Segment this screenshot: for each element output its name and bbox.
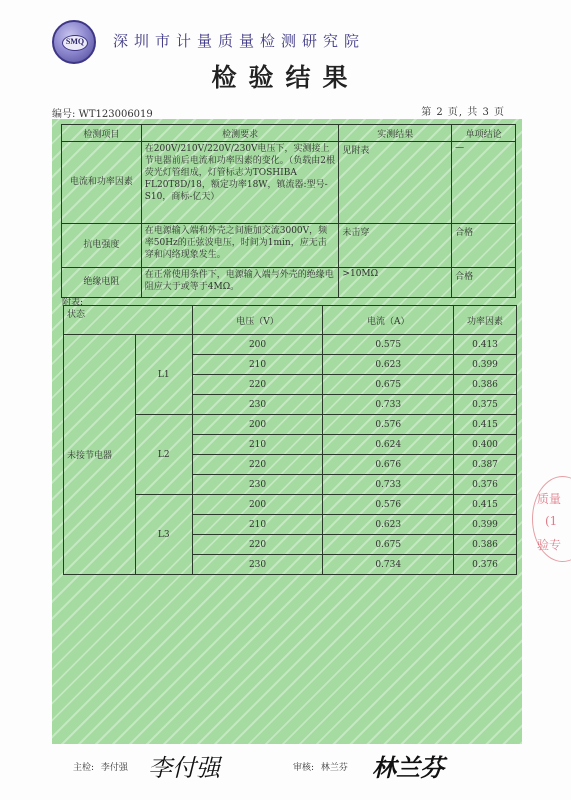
voltage-cell: 220 [192,455,323,475]
pf-cell: 0.399 [454,515,517,535]
group-name-cell: L2 [135,415,192,495]
table-row: 电流和功率因素 在200V/210V/220V/230V电压下，实测接上节电器前… [62,142,516,224]
reviewer-label: 审核: [293,763,314,773]
pf-cell: 0.375 [454,395,517,415]
results-header-row: 检测项目 检测要求 实测结果 单项结论 [62,125,516,142]
test-requirement: 在200V/210V/220V/230V电压下，实测接上节电器前后电流和功率因素… [141,142,339,224]
header-cell: 电压（V） [192,306,323,335]
voltage-cell: 200 [192,495,323,515]
logo-badge: SMQ [62,35,88,51]
pf-cell: 0.415 [454,415,517,435]
pf-cell: 0.376 [454,475,517,495]
current-cell: 0.575 [323,335,454,355]
header-cell: 实测结果 [339,125,452,142]
results-table: 检测项目 检测要求 实测结果 单项结论 电流和功率因素 在200V/210V/2… [61,124,516,298]
inspector-name: 李付强 [101,763,128,773]
organization-name: 深圳市计量质量检测研究院 [113,30,365,51]
current-cell: 0.576 [323,415,454,435]
pf-cell: 0.413 [454,335,517,355]
test-result: 未击穿 [339,224,452,268]
header-cell: 单项结论 [452,125,516,142]
current-cell: 0.675 [323,375,454,395]
header-cell: 检测项目 [62,125,142,142]
test-item: 绝缘电阻 [62,268,142,298]
document-title: 检验结果 [0,58,571,94]
voltage-cell: 200 [192,335,323,355]
test-result: >10MΩ [339,268,452,298]
table-row: 绝缘电阻 在正常使用条件下，电源输入端与外壳的绝缘电阻应大于或等于4MΩ。 >1… [62,268,516,298]
stamp-text-line: 质量 [537,490,561,507]
header-cell: 状态 [64,306,193,335]
header-cell: 功率因素 [454,306,517,335]
current-cell: 0.623 [323,515,454,535]
current-cell: 0.734 [323,555,454,575]
reviewer-signature: 林兰芬 [372,748,444,783]
pf-cell: 0.400 [454,435,517,455]
current-cell: 0.624 [323,435,454,455]
test-conclusion: 合格 [452,268,516,298]
pf-cell: 0.415 [454,495,517,515]
voltage-cell: 200 [192,415,323,435]
current-cell: 0.733 [323,395,454,415]
logo-text: SMQ [63,37,87,46]
voltage-cell: 230 [192,475,323,495]
voltage-cell: 210 [192,435,323,455]
voltage-cell: 220 [192,375,323,395]
pf-cell: 0.376 [454,555,517,575]
voltage-cell: 210 [192,515,323,535]
inspector-field: 主检: 李付强 [73,760,128,773]
current-cell: 0.733 [323,475,454,495]
pf-cell: 0.387 [454,455,517,475]
current-cell: 0.676 [323,455,454,475]
appendix-table: 状态电压（V）电流（A）功率因素未接节电器L12000.5750.4132100… [63,305,517,575]
voltage-cell: 220 [192,535,323,555]
test-conclusion: — [452,142,516,224]
page-info: 第 2 页, 共 3 页 [421,103,505,118]
test-conclusion: 合格 [452,224,516,268]
current-cell: 0.576 [323,495,454,515]
voltage-cell: 230 [192,395,323,415]
test-item: 电流和功率因素 [62,142,142,224]
current-cell: 0.623 [323,355,454,375]
state-cell: 未接节电器 [64,335,136,575]
table-row: 抗电强度 在电源输入端和外壳之间施加交流3000V，频率50Hz的正弦波电压，时… [62,224,516,268]
header-cell: 检测要求 [141,125,339,142]
group-name-cell: L1 [135,335,192,415]
inspector-signature: 李付强 [148,748,220,783]
reviewer-field: 审核: 林兰芬 [293,760,348,773]
test-item: 抗电强度 [62,224,142,268]
test-result: 见附表 [339,142,452,224]
stamp-text-line: 验专 [537,536,561,553]
voltage-cell: 210 [192,355,323,375]
inspector-label: 主检: [73,763,94,773]
group-name-cell: L3 [135,495,192,575]
pf-cell: 0.399 [454,355,517,375]
serial-number: 编号: WT123006019 [52,105,153,120]
voltage-cell: 230 [192,555,323,575]
pf-cell: 0.386 [454,375,517,395]
stamp-text-line: (1 [545,514,557,528]
table-row: 未接节电器L12000.5750.413 [64,335,517,355]
test-requirement: 在电源输入端和外壳之间施加交流3000V，频率50Hz的正弦波电压，时间为1mi… [141,224,339,268]
reviewer-name: 林兰芬 [321,763,348,773]
appendix-header-row: 状态电压（V）电流（A）功率因素 [64,306,517,335]
header-cell: 电流（A） [323,306,454,335]
test-requirement: 在正常使用条件下，电源输入端与外壳的绝缘电阻应大于或等于4MΩ。 [141,268,339,298]
pf-cell: 0.386 [454,535,517,555]
current-cell: 0.675 [323,535,454,555]
